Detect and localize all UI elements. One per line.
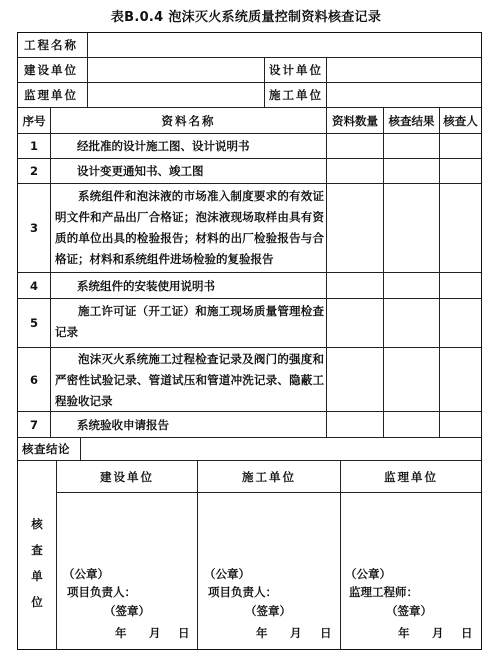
constructor-date-month: 月 <box>290 625 302 641</box>
conclusion-field[interactable] <box>81 438 481 460</box>
project-name-field[interactable] <box>88 33 480 57</box>
supervisor-person-label: 监理工程师： <box>349 584 418 600</box>
row-3-quantity[interactable] <box>327 184 383 272</box>
row-5-checker[interactable] <box>440 299 481 347</box>
builder-seal: （公章） <box>63 566 109 582</box>
row-5-quantity[interactable] <box>327 299 383 347</box>
side-char: 单 <box>31 563 43 589</box>
builder-label: 建设单位 <box>18 58 87 82</box>
supervisor-date-year: 年 <box>398 625 410 641</box>
row-1-quantity[interactable] <box>327 134 383 158</box>
row-6-checker[interactable] <box>440 348 481 411</box>
supervisor-label: 监理单位 <box>18 83 87 107</box>
row-7-name: 系统验收申请报告 <box>51 412 326 437</box>
constructor-date-year: 年 <box>256 625 268 641</box>
signoff-header-supervisor: 监理单位 <box>341 461 481 492</box>
divider <box>56 492 481 493</box>
header-quantity: 资料数量 <box>327 108 383 133</box>
header-result: 核查结果 <box>384 108 439 133</box>
project-name-label: 工程名称 <box>18 33 87 57</box>
side-char: 核 <box>31 511 43 537</box>
row-6-name: 泡沫灭火系统施工过程检查记录及阀门的强度和严密性试验记录、管道试压和管道冲洗记录… <box>51 349 326 411</box>
supervisor-date-month: 月 <box>432 625 444 641</box>
signoff-header-constructor: 施工单位 <box>198 461 340 492</box>
row-6-no: 6 <box>18 348 50 411</box>
constructor-date-day: 日 <box>320 625 332 641</box>
supervisor-sign: （签章） <box>386 603 432 619</box>
row-2-no: 2 <box>18 159 50 183</box>
builder-field[interactable] <box>88 58 264 82</box>
builder-sign: （签章） <box>104 603 150 619</box>
row-5-result[interactable] <box>384 299 439 347</box>
row-3-result[interactable] <box>384 184 439 272</box>
row-4-quantity[interactable] <box>327 273 383 298</box>
row-1-no: 1 <box>18 134 50 158</box>
row-7-no: 7 <box>18 412 50 437</box>
row-2-quantity[interactable] <box>327 159 383 183</box>
row-4-name: 系统组件的安装使用说明书 <box>51 273 326 298</box>
row-4-no: 4 <box>18 273 50 298</box>
header-serial: 序号 <box>18 108 50 133</box>
side-char: 查 <box>31 537 43 563</box>
row-1-name: 经批准的设计施工图、设计说明书 <box>51 134 326 158</box>
header-doc-name: 资料名称 <box>51 108 326 133</box>
constructor-person-label: 项目负责人： <box>208 584 277 600</box>
row-6-result[interactable] <box>384 348 439 411</box>
supervisor-date-day: 日 <box>461 625 473 641</box>
signoff-side-label: 核 查 单 位 <box>18 503 56 623</box>
row-5-no: 5 <box>18 299 50 347</box>
supervisor-field[interactable] <box>88 83 264 107</box>
side-char: 位 <box>31 589 43 615</box>
constructor-sign: （签章） <box>245 603 291 619</box>
constructor-label: 施工单位 <box>265 83 326 107</box>
row-7-quantity[interactable] <box>327 412 383 437</box>
builder-date-day: 日 <box>178 625 190 641</box>
supervisor-seal: （公章） <box>345 566 391 582</box>
row-2-checker[interactable] <box>440 159 481 183</box>
row-5-name: 施工许可证（开工证）和施工现场质量管理检查记录 <box>51 301 326 347</box>
row-6-quantity[interactable] <box>327 348 383 411</box>
header-checker: 核查人 <box>440 108 481 133</box>
row-7-checker[interactable] <box>440 412 481 437</box>
row-3-name: 系统组件和泡沫液的市场准入制度要求的有效证明文件和产品出厂合格证；泡沫液现场取样… <box>51 186 326 272</box>
row-1-checker[interactable] <box>440 134 481 158</box>
row-3-checker[interactable] <box>440 184 481 272</box>
conclusion-label: 核查结论 <box>18 438 80 460</box>
builder-date-month: 月 <box>149 625 161 641</box>
builder-date-year: 年 <box>115 625 127 641</box>
row-7-result[interactable] <box>384 412 439 437</box>
signoff-header-builder: 建设单位 <box>57 461 197 492</box>
inspection-record-table: 工程名称 建设单位 设计单位 监理单位 施工单位 序号 资料名称 资料数量 核查… <box>17 32 482 650</box>
row-1-result[interactable] <box>384 134 439 158</box>
designer-label: 设计单位 <box>265 58 326 82</box>
row-2-result[interactable] <box>384 159 439 183</box>
row-2-name: 设计变更通知书、竣工图 <box>51 159 326 183</box>
row-3-no: 3 <box>18 184 50 272</box>
designer-field[interactable] <box>327 58 480 82</box>
row-4-result[interactable] <box>384 273 439 298</box>
document-title: 表B.0.4 泡沫灭火系统质量控制资料核查记录 <box>0 6 492 25</box>
builder-person-label: 项目负责人： <box>67 584 136 600</box>
constructor-seal: （公章） <box>204 566 250 582</box>
constructor-field[interactable] <box>327 83 480 107</box>
row-4-checker[interactable] <box>440 273 481 298</box>
